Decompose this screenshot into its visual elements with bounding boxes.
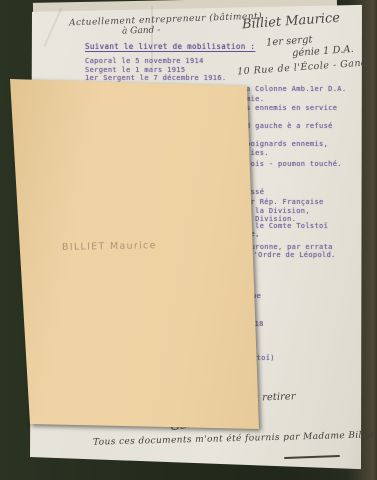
typed-fragment: ur Rép. Française xyxy=(246,198,324,206)
typed-fragment: l'Ordre de Léopold. xyxy=(249,251,336,259)
typed-fragment: lies. xyxy=(246,149,269,157)
typed-fragment: s ennemis en service xyxy=(246,104,337,112)
typed-fragment: poignards ennemis, xyxy=(246,140,328,148)
typed-heading: Suivant le livret de mobilisation : xyxy=(85,42,255,51)
typed-line: 1er Sergent le 7 décembre 1916. xyxy=(85,74,227,82)
typed-fragment: e la Division, xyxy=(246,207,310,215)
beige-overlay-sheet: BILLIET Maurice xyxy=(10,78,260,430)
handwritten-occupation-line2: à Gand - xyxy=(122,25,161,36)
typed-fragment: a Colonne Amb.1er D.A. xyxy=(246,85,346,93)
typed-line: Caporal le 5 novembre 1914 xyxy=(85,57,204,65)
typed-fragment: fois - poumon touché. xyxy=(246,160,342,168)
typed-line: Sergent le 1 mars 1915 xyxy=(85,66,185,74)
pencil-name: BILLIET Maurice xyxy=(62,240,157,253)
typed-fragment: r le Comte Tolstoï xyxy=(246,222,328,230)
typed-fragment: d gauche è a refusé xyxy=(246,122,333,130)
typed-fragment: mie. xyxy=(246,95,264,103)
handwritten-retirer-note: à retirer xyxy=(253,391,296,403)
typed-fragment: ouronne, par errata xyxy=(246,243,333,251)
document-photo: Actuellement entrepreneur (bâtiment) à G… xyxy=(0,0,377,480)
